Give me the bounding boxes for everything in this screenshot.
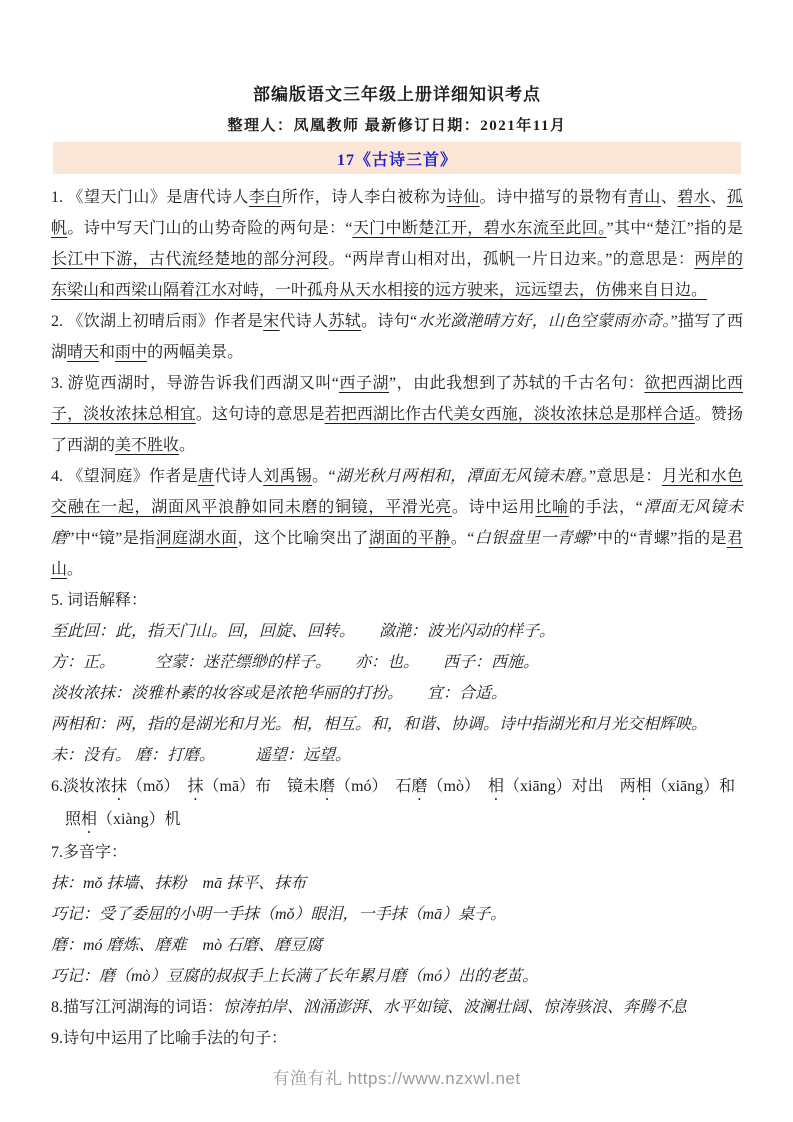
text-segment: 两相和：两，指的是湖光和月光。相，相互。和，和谐、协调。诗中指湖光和月光交相辉映… — [51, 716, 707, 733]
paragraph: 9.诗句中运用了比喻手法的句子： — [51, 1023, 743, 1054]
text-segment: 相 — [636, 778, 652, 795]
footer-watermark: 有渔有礼 https://www.nzxwl.net — [0, 1064, 793, 1089]
page-title: 部编版语文三年级上册详细知识考点 — [51, 80, 743, 105]
text-segment: 磨 — [319, 778, 335, 795]
paragraph: 5. 词语解释： — [51, 585, 743, 616]
text-segment: ”中“镜”是指 — [67, 530, 155, 547]
paragraph: 抹：mǒ 抹墙、抹粉 mā 抹平、抹布 — [51, 868, 743, 899]
text-segment: （mā）布 镜未 — [204, 778, 320, 795]
paragraph: 照相（xiàng）机 — [51, 804, 743, 837]
text-segment: 所作，诗人李白被称为 — [282, 189, 447, 206]
text-segment: 4. 《望洞庭》作者是 — [51, 468, 198, 485]
text-segment: 。诗中写天门山的山势奇险的两句是：“ — [67, 220, 352, 237]
text-segment: 3. 游览西湖时，导游告诉我们西湖又叫“ — [51, 375, 339, 392]
text-segment: 方：正。 空蒙：迷茫缥缈的样子。 亦：也。 西子：西施。 — [51, 654, 539, 671]
paragraph: 淡妆浓抹：淡雅朴素的妆容或是浓艳华丽的打扮。 宜：合适。 — [51, 678, 743, 709]
text-segment: ”意思是： — [589, 468, 662, 485]
text-segment: 青山 — [628, 189, 661, 206]
text-segment: 碧水 — [677, 189, 710, 206]
paragraph: 8.描写江河湖海的词语：惊涛拍岸、汹涌澎湃、水平如镜、波澜壮阔、惊涛骇浪、奔腾不… — [51, 992, 743, 1023]
text-segment: 。 — [179, 437, 195, 454]
text-segment: 的两幅美景。 — [147, 344, 243, 361]
text-segment: 惊涛拍岸、汹涌澎湃、水平如镜、波澜壮阔、惊涛骇浪、奔腾不息 — [223, 999, 687, 1016]
text-segment: 磨 — [412, 778, 428, 795]
text-segment: 刘禹锡 — [263, 468, 312, 485]
text-segment: 。诗中描写的景物有 — [480, 189, 628, 206]
text-segment: 。“ — [451, 530, 475, 547]
text-segment: 代诗人 — [279, 313, 328, 330]
text-segment: 比喻 — [535, 499, 568, 516]
text-segment: 。“两岸青山相对出，孤帆一片日边来。”的意思是： — [328, 251, 694, 268]
text-segment: 西子湖 — [339, 375, 389, 392]
text-segment: 。“ — [312, 468, 335, 485]
text-segment: （mò） — [428, 778, 488, 795]
text-segment: 2. 《饮湖上初晴后雨》作者是 — [51, 313, 263, 330]
text-segment: 诗仙 — [447, 189, 480, 206]
paragraph: 7.多音字： — [51, 837, 743, 868]
text-segment: 长江中下游，古代流经楚地的部分河段 — [51, 251, 328, 268]
text-segment: 相 — [81, 811, 97, 828]
text-segment: ”，由此我想到了苏轼的千古名句： — [389, 375, 644, 392]
text-segment: 洞庭湖水面 — [156, 530, 238, 547]
paragraph: 至此回：此，指天门山。回，回旋、回转。 潋滟：波光闪动的样子。 — [51, 616, 743, 647]
paragraph: 4. 《望洞庭》作者是唐代诗人刘禹锡。“湖光秋月两相和，潭面无风镜未磨。”意思是… — [51, 461, 743, 585]
text-segment: ”其中“楚江”指的是 — [606, 220, 743, 237]
text-segment: 5. 词语解释： — [51, 592, 147, 609]
text-segment: 。诗中运用 — [452, 499, 536, 516]
text-segment: （xiāng）和 — [652, 778, 736, 795]
text-segment: 晴天 — [67, 344, 99, 361]
paragraph: 巧记：受了委屈的小明一手抹（mǒ）眼泪，一手抹（mā）桌子。 — [51, 899, 743, 930]
text-segment: 未：没有。 磨：打磨。 遥望：远望。 — [51, 747, 351, 764]
text-segment: 苏轼 — [328, 313, 361, 330]
text-segment: ”中的“青螺”指的是 — [590, 530, 727, 547]
text-segment: （xiāng）对出 两 — [504, 778, 636, 795]
text-segment: （mó） 石 — [335, 778, 411, 795]
text-segment: 水光潋滟晴方好，山色空蒙雨亦奇。 — [417, 313, 670, 330]
paragraph: 1. 《望天门山》是唐代诗人李白所作，诗人李白被称为诗仙。诗中描写的景物有青山、… — [51, 182, 743, 306]
text-segment: （mǒ） — [127, 778, 187, 795]
text-segment: 。 — [67, 561, 83, 578]
text-segment: 雨中 — [115, 344, 147, 361]
text-segment: 1. 《望天门山》是唐代诗人 — [51, 189, 249, 206]
text-segment: 巧记：磨（mò）豆腐的叔叔手上长满了长年累月磨（mó）出的老茧。 — [51, 968, 538, 985]
text-segment: 、 — [661, 189, 677, 206]
text-segment: 唐 — [198, 468, 214, 485]
text-segment: 若把西湖比作古代美女西施，淡妆浓抹总是那样合适 — [325, 406, 695, 423]
text-segment: （xiàng）机 — [97, 811, 181, 828]
text-segment: 磨：mó 磨炼、磨难 mò 石磨、磨豆腐 — [51, 937, 322, 954]
document-page: 部编版语文三年级上册详细知识考点 整理人：凤凰教师 最新修订日期：2021年11… — [0, 0, 793, 1054]
text-segment: 美不胜收 — [115, 437, 179, 454]
paragraph: 巧记：磨（mò）豆腐的叔叔手上长满了长年累月磨（mó）出的老茧。 — [51, 961, 743, 992]
text-segment: 白银盘里一青螺 — [474, 530, 589, 547]
text-segment: 天门中断楚江开，碧水东流至此回。 — [352, 220, 606, 237]
paragraph: 6.淡妆浓抹（mǒ） 抹（mā）布 镜未磨（mó） 石磨（mò） 相（xiāng… — [51, 771, 743, 804]
text-segment: 宋 — [263, 313, 279, 330]
section-banner: 17《古诗三首》 — [53, 142, 741, 174]
text-segment: 照 — [65, 811, 81, 828]
text-segment: 抹 — [111, 778, 127, 795]
text-segment: 、 — [710, 189, 726, 206]
text-segment: 李白 — [249, 189, 282, 206]
text-segment: 9.诗句中运用了比喻手法的句子： — [51, 1030, 287, 1047]
text-segment: 。这句诗的意思是 — [196, 406, 325, 423]
page-subtitle: 整理人：凤凰教师 最新修订日期：2021年11月 — [51, 114, 743, 135]
text-segment: 巧记：受了委屈的小明一手抹（mǒ）眼泪，一手抹（mā）桌子。 — [51, 906, 506, 923]
text-segment: 和 — [99, 344, 115, 361]
paragraph: 未：没有。 磨：打磨。 遥望：远望。 — [51, 740, 743, 771]
text-segment: 。诗句“ — [361, 313, 417, 330]
paragraph: 2. 《饮湖上初晴后雨》作者是宋代诗人苏轼。诗句“水光潋滟晴方好，山色空蒙雨亦奇… — [51, 306, 743, 368]
paragraph: 方：正。 空蒙：迷茫缥缈的样子。 亦：也。 西子：西施。 — [51, 647, 743, 678]
paragraph: 磨：mó 磨炼、磨难 mò 石磨、磨豆腐 — [51, 930, 743, 961]
text-segment: 相 — [488, 778, 504, 795]
text-segment: 抹：mǒ 抹墙、抹粉 mā 抹平、抹布 — [51, 875, 306, 892]
text-segment: 代诗人 — [214, 468, 263, 485]
paragraph: 两相和：两，指的是湖光和月光。相，相互。和，和谐、协调。诗中指湖光和月光交相辉映… — [51, 709, 743, 740]
text-segment: 湖面的平静 — [369, 530, 451, 547]
text-segment: 至此回：此，指天门山。回，回旋、回转。 潋滟：波光闪动的样子。 — [51, 623, 555, 640]
text-segment: 的手法，“ — [569, 499, 643, 516]
text-segment: 8.描写江河湖海的词语： — [51, 999, 223, 1016]
text-segment: 淡妆浓抹：淡雅朴素的妆容或是浓艳华丽的打扮。 宜：合适。 — [51, 685, 507, 702]
paragraph: 3. 游览西湖时，导游告诉我们西湖又叫“西子湖”，由此我想到了苏轼的千古名句：欲… — [51, 368, 743, 461]
text-segment: ，这个比喻突出了 — [238, 530, 369, 547]
text-segment: 7.多音字： — [51, 844, 127, 861]
text-segment: 6.淡妆浓 — [51, 778, 111, 795]
text-segment: 抹 — [187, 778, 203, 795]
document-body: 1. 《望天门山》是唐代诗人李白所作，诗人李白被称为诗仙。诗中描写的景物有青山、… — [51, 182, 743, 1054]
text-segment: 湖光秋月两相和，潭面无风镜未磨。 — [336, 468, 589, 485]
